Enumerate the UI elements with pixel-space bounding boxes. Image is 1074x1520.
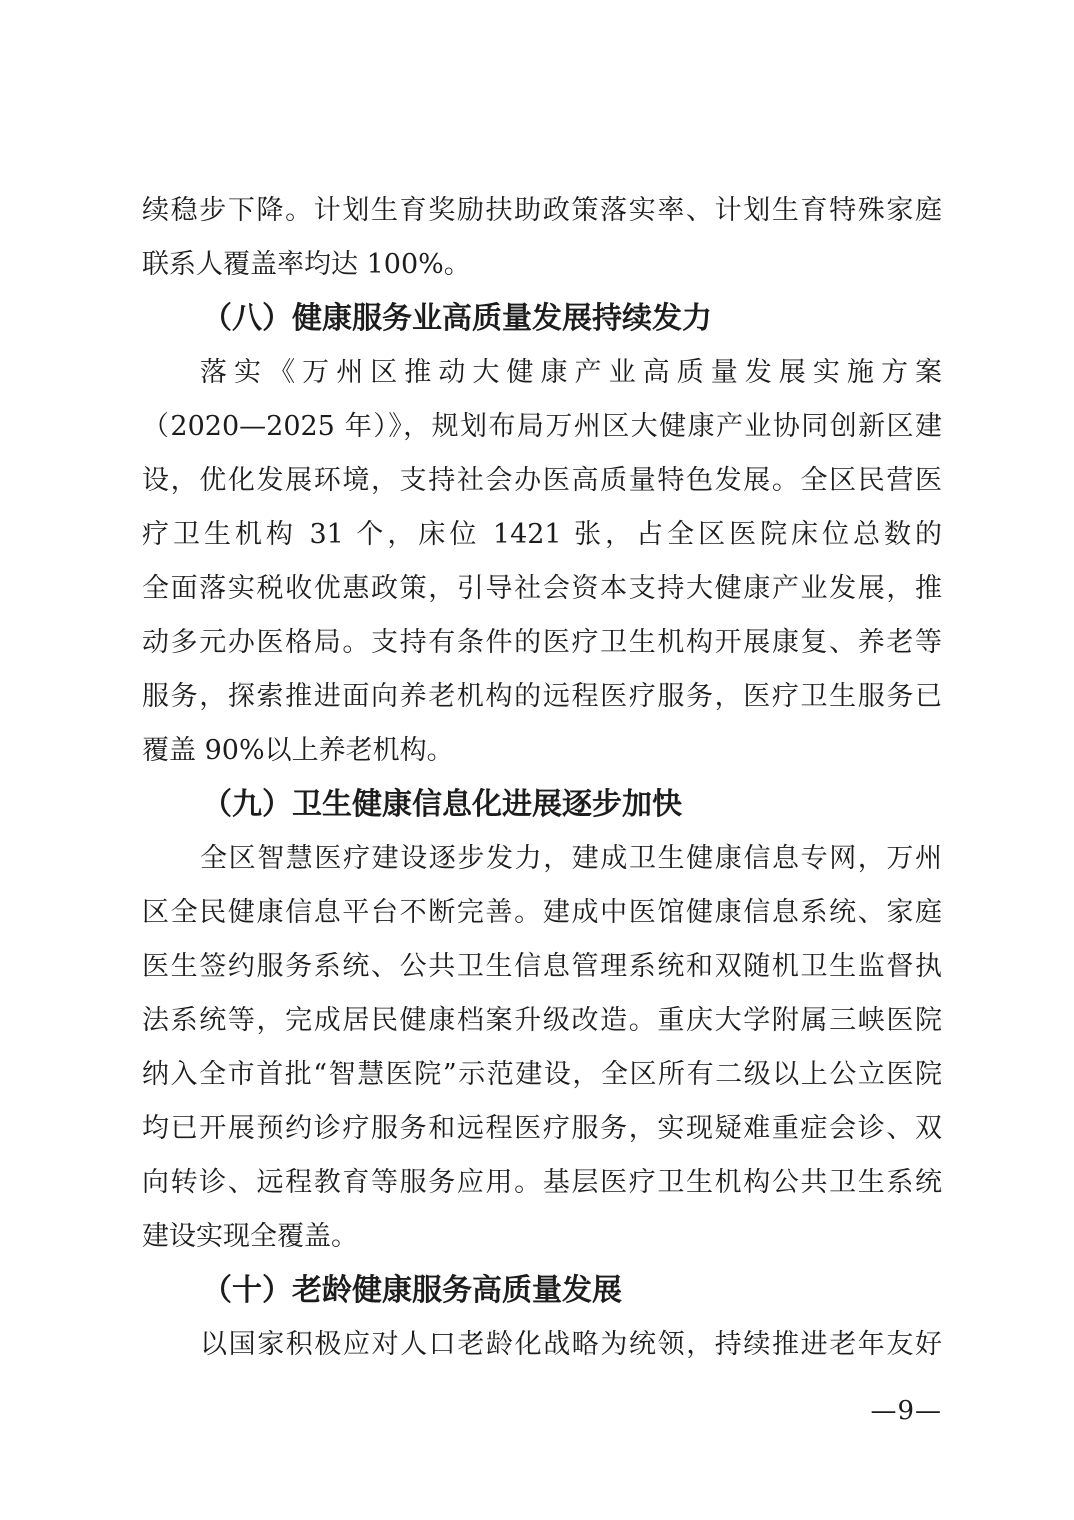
body-line: 区全民健康信息平台不断完善。建成中医馆健康信息系统、家庭 <box>142 886 942 940</box>
section-heading: （十）老龄健康服务高质量发展 <box>142 1264 942 1318</box>
body-line: 联系人覆盖率均达 100%。 <box>142 238 942 292</box>
body-line: 法系统等，完成居民健康档案升级改造。重庆大学附属三峡医院 <box>142 994 942 1048</box>
document-page: 续稳步下降。计划生育奖励扶助政策落实率、计划生育特殊家庭联系人覆盖率均达 100… <box>0 0 1074 1520</box>
section-heading: （九）卫生健康信息化进展逐步加快 <box>142 778 942 832</box>
body-line: 续稳步下降。计划生育奖励扶助政策落实率、计划生育特殊家庭 <box>142 184 942 238</box>
body-line: 服务，探索推进面向养老机构的远程医疗服务，医疗卫生服务已 <box>142 670 942 724</box>
body-line: 医生签约服务系统、公共卫生信息管理系统和双随机卫生监督执 <box>142 940 942 994</box>
document-body: 续稳步下降。计划生育奖励扶助政策落实率、计划生育特殊家庭联系人覆盖率均达 100… <box>142 184 942 1372</box>
body-line: 向转诊、远程教育等服务应用。基层医疗卫生机构公共卫生系统 <box>142 1156 942 1210</box>
page-number: —9— <box>870 1396 942 1426</box>
body-line: 全区智慧医疗建设逐步发力，建成卫生健康信息专网，万州 <box>142 832 942 886</box>
body-line: 动多元办医格局。支持有条件的医疗卫生机构开展康复、养老等 <box>142 616 942 670</box>
section-heading: （八）健康服务业高质量发展持续发力 <box>142 292 942 346</box>
body-line: 建设实现全覆盖。 <box>142 1210 942 1264</box>
body-line: 均已开展预约诊疗服务和远程医疗服务，实现疑难重症会诊、双 <box>142 1102 942 1156</box>
body-line: 全面落实税收优惠政策，引导社会资本支持大健康产业发展，推 <box>142 562 942 616</box>
body-line: 落实《万州区推动大健康产业高质量发展实施方案 <box>142 346 942 400</box>
body-line: 以国家积极应对人口老龄化战略为统领，持续推进老年友好 <box>142 1318 942 1372</box>
body-line: 覆盖 90%以上养老机构。 <box>142 724 942 778</box>
body-line: 纳入全市首批“智慧医院”示范建设，全区所有二级以上公立医院 <box>142 1048 942 1102</box>
body-line: 设，优化发展环境，支持社会办医高质量特色发展。全区民营医 <box>142 454 942 508</box>
body-line: 疗卫生机构 31 个，床位 1421 张，占全区医院床位总数的 18.17%。 <box>142 508 942 562</box>
body-line: （2020—2025 年）》，规划布局万州区大健康产业协同创新区建 <box>142 400 942 454</box>
